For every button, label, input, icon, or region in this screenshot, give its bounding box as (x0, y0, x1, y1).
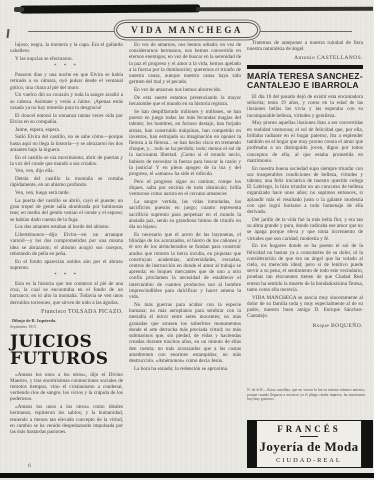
story-paragraph: La puerta del castillo se abrió, cayó el… (10, 198, 123, 223)
article-paragraph: La hora ha sonado; la redención se aprox… (129, 366, 241, 372)
obituary-paragraph: Del jardín de la vida fué la más bella f… (247, 217, 363, 242)
story-paragraph: En el castillo se oía movimiento; abrir … (10, 155, 123, 167)
obituary-title: MARÍA TERESA SANCHEZ- CANTALEJO E IBARRO… (247, 72, 363, 91)
story-paragraph: Pasaron días y una noche en que Elvira s… (10, 72, 123, 91)
editor-footnote: N. de la R.—Estas cuartillas, que no vie… (247, 388, 365, 402)
article-paragraph: Es necesario que el acero de las bayonet… (129, 232, 241, 301)
closing-byline: Antonio CASTELLANOS. (247, 55, 363, 62)
ad-city: CIUDAD-REAL (276, 457, 342, 464)
masthead-title: VIDA MANCHEGA (116, 22, 258, 38)
story-signature: Francisco TOLSADA PICAZO. (10, 309, 123, 316)
story-paragraph: Ven, ven, dijo ella. (10, 168, 123, 174)
article-paragraph: «Amaos los unos a los otros», dijo el Di… (10, 372, 123, 403)
story-paragraph: Jaime, espera, espera. (10, 127, 123, 133)
story-paragraph: Detrás del castillo la montaña se cortab… (10, 176, 123, 188)
article-paragraph: Se han despilfarrado millones y millones… (129, 109, 241, 178)
obituary-paragraph: Muy pronto aquellas ilusiones iban a ser… (247, 120, 363, 164)
bottom-scan-bar (0, 473, 374, 478)
drawing-credit: Dibujo de R. Izquierdo. (10, 318, 123, 323)
ad-body: FRANCÉS Joyería de Moda CIUDAD-REAL (256, 420, 362, 468)
ad-divider (300, 436, 318, 437)
article-paragraph: «Amaos los unos a los otros» como ideale… (10, 404, 123, 435)
story-paragraph: Un vuelco dió su corazón y toda la sangr… (10, 92, 123, 111)
ad-black-panel-left (247, 420, 256, 468)
section-separator: * * * (10, 64, 123, 70)
story-paragraph: lujoso; negra, la montera y la capa. Era… (10, 42, 123, 54)
article-title-juicios-futuros: JUICIOS FUTUROS (10, 334, 123, 367)
advertisement-frances: FRANCÉS Joyería de Moda CIUDAD-REAL (247, 420, 373, 468)
ad-brand: FRANCÉS (277, 424, 341, 434)
article-paragraph: En vez de amarnos, nos hemos odiado; en … (129, 42, 241, 86)
top-scan-bar-right (196, 7, 373, 12)
top-scan-bar-left (20, 4, 200, 13)
story-paragraph: Salió Elvira del castillo, no se sabe có… (10, 134, 123, 153)
article-title-line2: FUTUROS (10, 351, 123, 368)
masthead: VIDA MANCHEGA (0, 22, 374, 40)
story-date: Septiembre 1915. (10, 325, 123, 330)
story-paragraph: El doncel entonó la romanza tantas veces… (10, 113, 123, 125)
closing-paragraph: Tratemos de anteponer a nuestra ruindad … (247, 40, 363, 52)
obituary-paragraph: El día 16 del pasado dejó de existir est… (247, 94, 363, 119)
column-left: lujoso; negra, la montera y la capa. Era… (10, 42, 123, 437)
page-mark: 6 (28, 463, 31, 469)
obituary-paragraph: VIDA MANCHEGA se asocia muy sinceramente… (247, 295, 363, 320)
obituary-byline: Roque BOQUEÑO. (247, 323, 363, 330)
section-separator: * * * (10, 273, 123, 279)
story-paragraph: Ven, ven, luego será tarde. (10, 190, 123, 196)
top-scan-blob (14, 7, 24, 12)
obituary-paragraph: En los hogares donde se ha puesto el sol… (247, 243, 363, 293)
article-paragraph: En vez de amarnos nos hemos aborrecido. (129, 87, 241, 93)
article-paragraph: De esta suerte estamos presenciando la m… (129, 95, 241, 107)
obituary-title-line2: CANTALEJO E IBARROLA (247, 81, 363, 91)
ad-product: Joyería de Moda (259, 439, 358, 455)
obituary-paragraph: En nuestra buena sociedad supo siempre t… (247, 166, 363, 216)
newspaper-page: VIDA MANCHEGA lujoso; negra, la montera … (0, 0, 374, 480)
ad-black-panel-right (362, 420, 373, 468)
column-right: Tratemos de anteponer a nuestra ruindad … (247, 40, 363, 331)
column-middle: En vez de amarnos, nos hemos odiado; en … (129, 42, 241, 373)
story-paragraph: Libertémonos—dijo Elvira—en un arranque … (10, 232, 123, 257)
story-paragraph: Y las nupcias se efectuaron. (10, 56, 123, 62)
article-paragraph: Pero el progreso sigue su camino; rompe … (129, 179, 241, 198)
thick-divider-rule (247, 65, 363, 69)
story-paragraph: Los dos amantes estaban al borde del abi… (10, 224, 123, 230)
article-paragraph: No más guerras para acabar con la especi… (129, 302, 241, 364)
article-paragraph: La sangre vertida, las vidas inmoladas, … (129, 199, 241, 230)
story-paragraph: En el fondo aparecían unidos aún por el … (10, 259, 123, 271)
story-paragraph: Esta es la historia que me contaron al p… (10, 281, 123, 306)
